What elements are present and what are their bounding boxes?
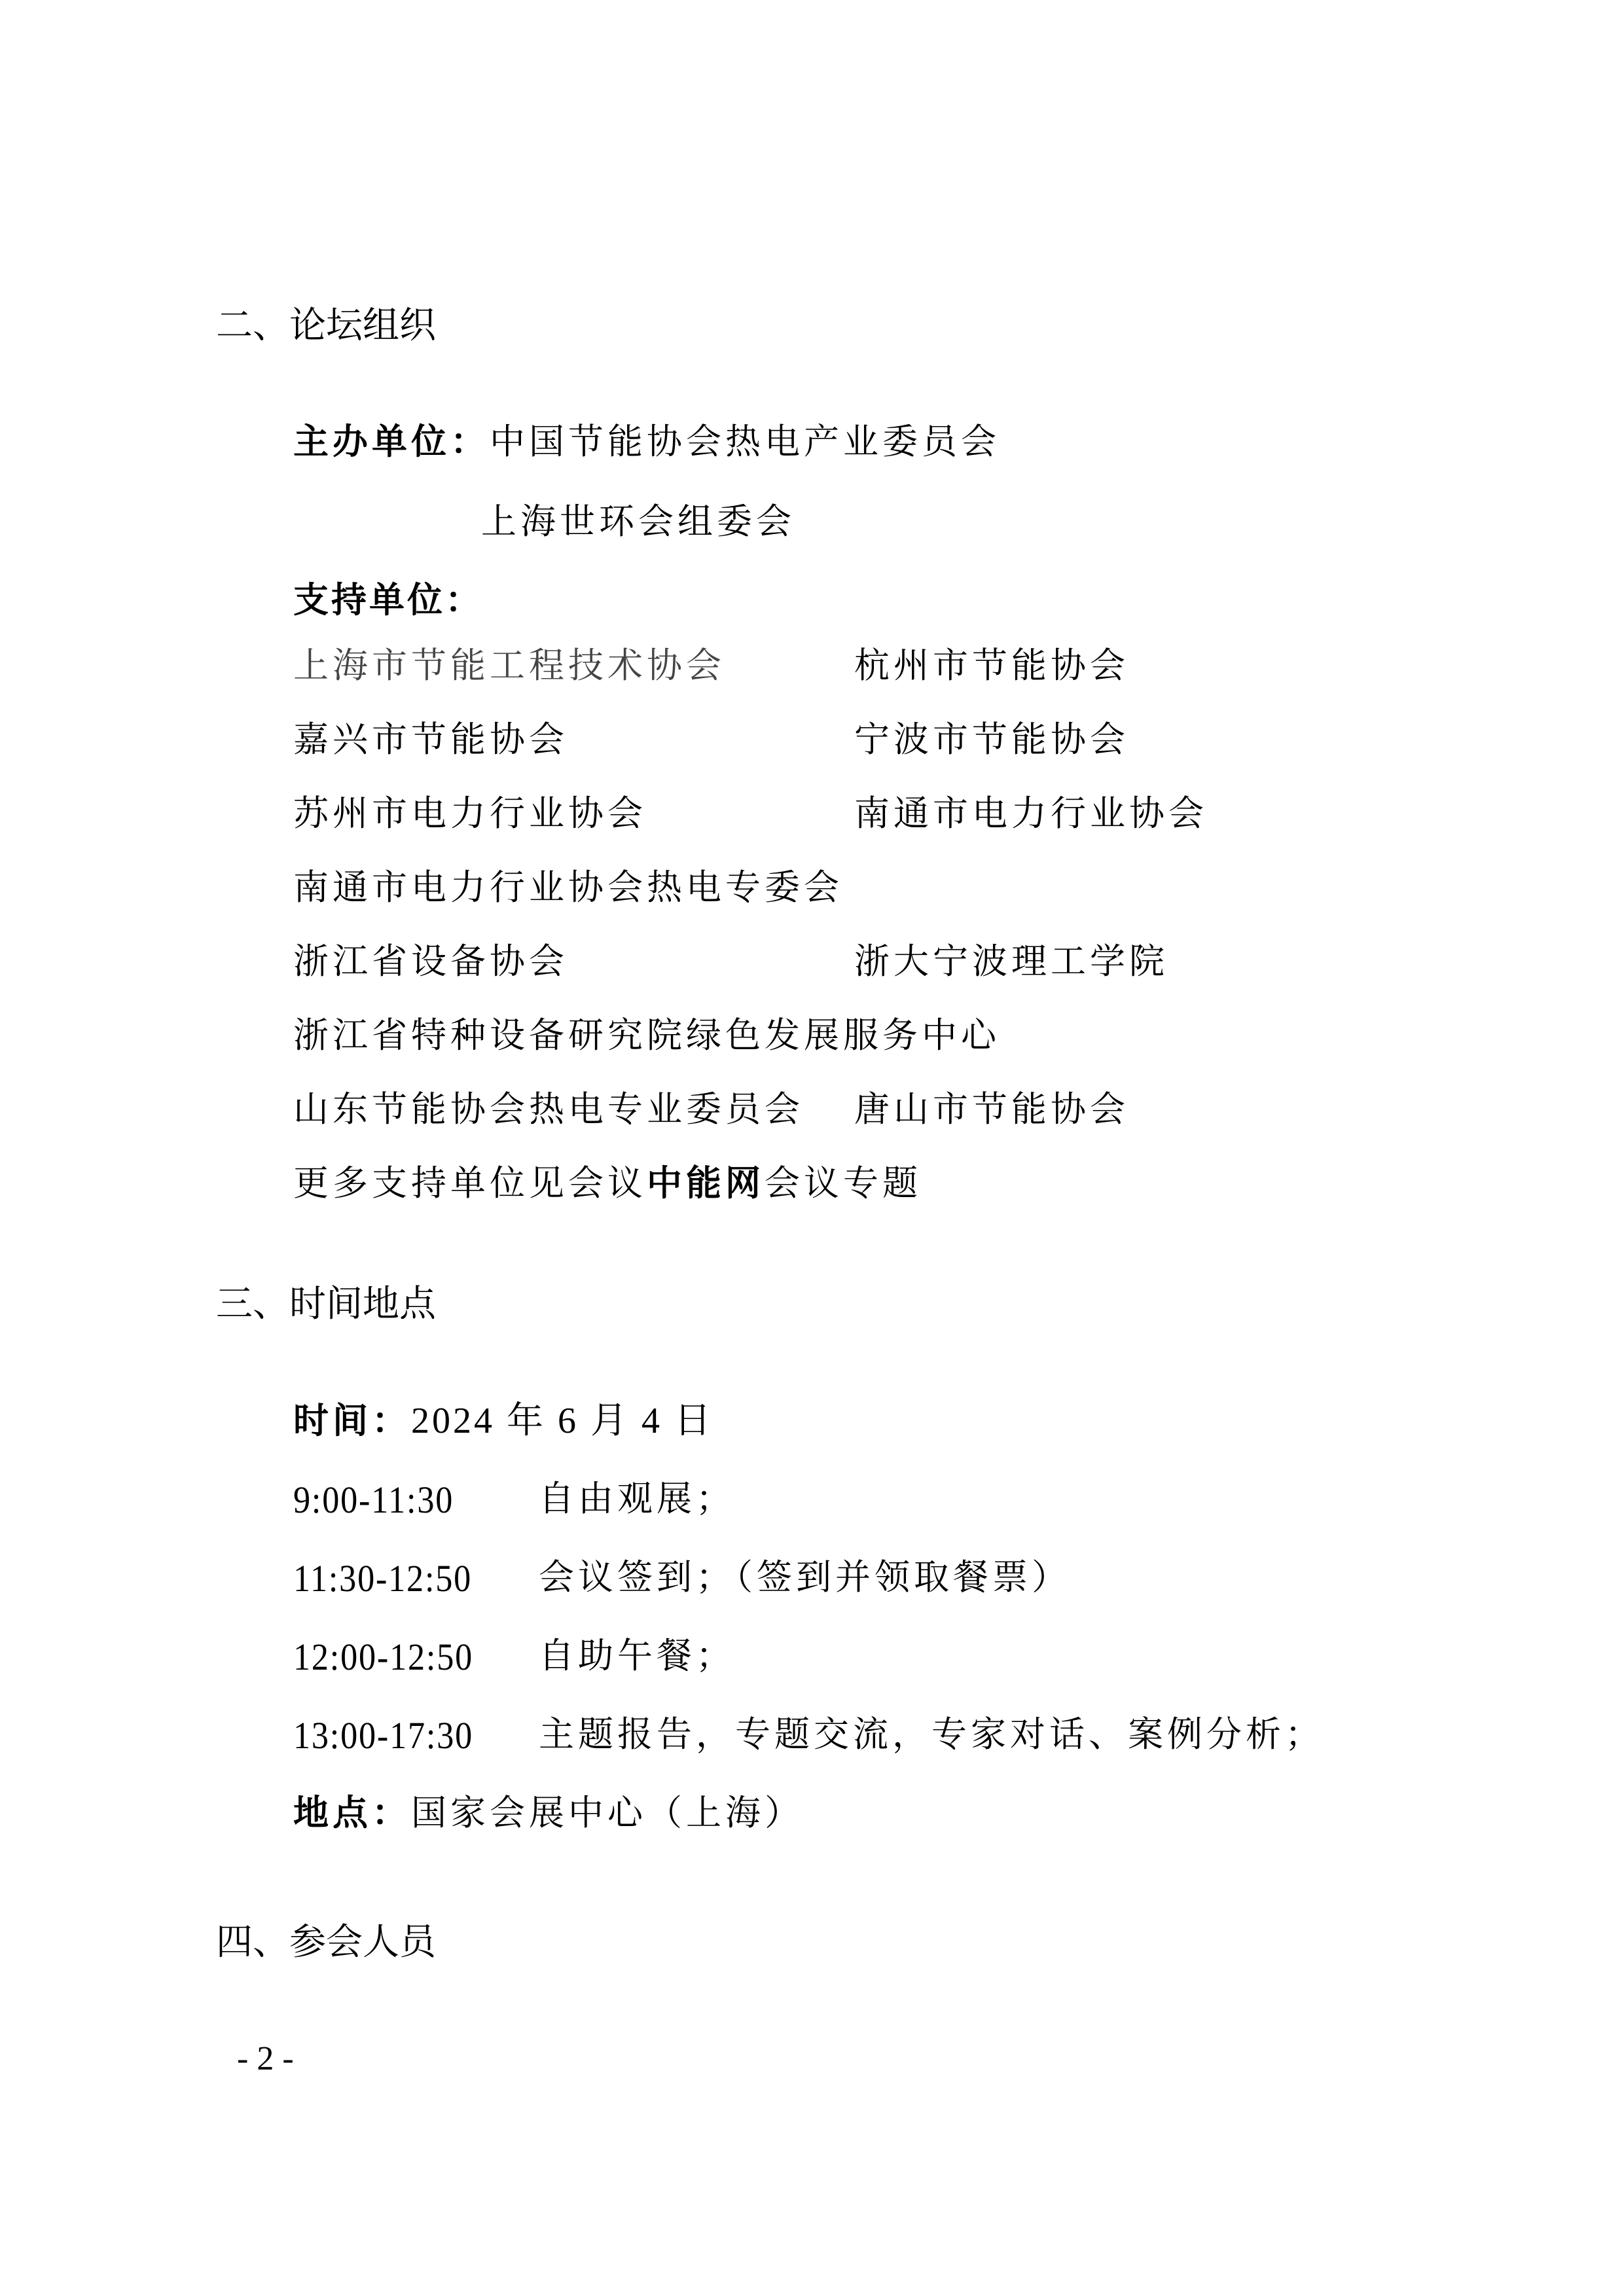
supporter-5-left: 浙江省设备协会 xyxy=(293,944,568,979)
time-label: 时间： xyxy=(293,1400,411,1441)
supporter-2-right: 宁波市节能协会 xyxy=(854,722,1129,757)
more-supporters-prefix: 更多支持单位见会议 xyxy=(293,1162,647,1204)
schedule-item-3: 自助午餐； xyxy=(539,1638,735,1674)
place-value: 国家会展中心（上海） xyxy=(411,1792,804,1833)
supporter-7-right: 唐山市节能协会 xyxy=(854,1092,1129,1127)
section-heading-attendees: 四、参会人员 xyxy=(216,1924,436,1961)
schedule-time: 12:00-12:50 xyxy=(293,1638,473,1676)
zhongneng-link[interactable]: 中能网 xyxy=(647,1162,765,1204)
section-heading-time-place: 三、时间地点 xyxy=(216,1286,436,1323)
supporter-5-right: 浙大宁波理工学院 xyxy=(854,944,1168,979)
place-row: 地点：国家会展中心（上海） xyxy=(293,1795,804,1831)
host-name-2: 上海世环会组委会 xyxy=(481,504,795,539)
schedule-time: 11:30-12:50 xyxy=(293,1560,472,1598)
supporter-6-left: 浙江省特种设备研究院绿色发展服务中心 xyxy=(293,1018,1000,1053)
schedule-row-1: 9:00-11:30 xyxy=(293,1481,529,1519)
page-number: - 2 - xyxy=(237,2042,294,2076)
supporter-1-right: 杭州市节能协会 xyxy=(854,648,1129,683)
schedule-time: 13:00-17:30 xyxy=(293,1717,473,1755)
supporter-1-left: 上海市节能工程技术协会 xyxy=(293,648,725,683)
host-name-1: 中国节能协会热电产业委员会 xyxy=(490,421,1000,462)
more-supporters-suffix: 会议专题 xyxy=(765,1162,922,1204)
place-label: 地点： xyxy=(293,1792,411,1833)
schedule-item-1: 自由观展； xyxy=(539,1481,735,1516)
event-date: 2024 年 6 月 4 日 xyxy=(411,1403,713,1439)
host-row-1: 主办单位：中国节能协会热电产业委员会 xyxy=(293,424,1000,459)
supporter-3-right: 南通市电力行业协会 xyxy=(854,796,1208,831)
schedule-row-4: 13:00-17:30 xyxy=(293,1717,494,1755)
support-label: 支持单位： xyxy=(293,583,483,618)
schedule-item-2: 会议签到；（签到并领取餐票） xyxy=(539,1560,1071,1595)
more-supporters-line: 更多支持单位见会议中能网会议专题 xyxy=(293,1166,922,1201)
schedule-item-4: 主题报告，专题交流，专家对话、案例分析； xyxy=(539,1717,1324,1752)
document-page: 二、论坛组织 主办单位：中国节能协会热电产业委员会 上海世环会组委会 支持单位：… xyxy=(0,0,1624,2296)
schedule-row-3: 12:00-12:50 xyxy=(293,1638,494,1676)
supporter-3-left: 苏州市电力行业协会 xyxy=(293,796,647,831)
supporter-2-left: 嘉兴市节能协会 xyxy=(293,722,568,757)
supporter-7-left: 山东节能协会热电专业委员会 xyxy=(293,1092,804,1127)
schedule-row-2: 11:30-12:50 xyxy=(293,1560,492,1598)
host-label: 主办单位： xyxy=(293,421,490,462)
section-heading-organization: 二、论坛组织 xyxy=(216,308,436,344)
supporter-4-left: 南通市电力行业协会热电专委会 xyxy=(293,870,843,905)
schedule-time: 9:00-11:30 xyxy=(293,1481,505,1519)
date-row: 时间：2024 年 6 月 4 日 xyxy=(293,1403,713,1439)
